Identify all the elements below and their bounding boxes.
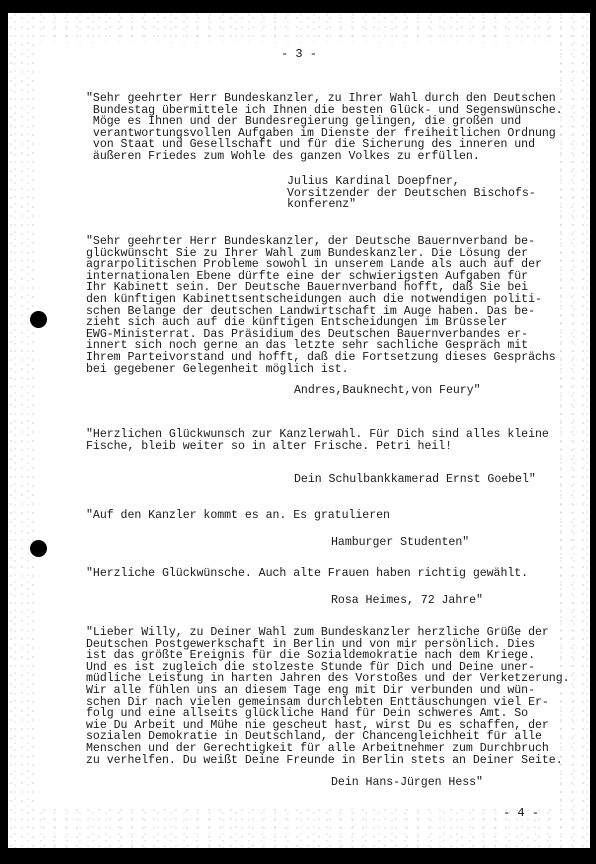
punch-hole-bottom [30,540,47,557]
message-body: "Herzliche Glückwünsche. Auch alte Fraue… [86,568,528,580]
message-signature: Dein Hans-Jürgen Hess" [331,777,483,789]
message-signature: Hamburger Studenten" [331,537,469,549]
page-content: - 3 - "Sehr geehrter Herr Bundeskanzler,… [8,13,590,848]
punch-hole-top [30,311,47,328]
message-signature: Rosa Heimes, 72 Jahre" [331,595,483,607]
message-signature: Andres,Bauknecht,von Feury" [294,385,481,397]
scanned-page: - 3 - "Sehr geehrter Herr Bundeskanzler,… [8,13,590,848]
message-signature: Dein Schulbankkamerad Ernst Goebel" [294,474,536,486]
message-body: "Lieber Willy, zu Deiner Wahl zum Bundes… [86,627,570,766]
message-body: "Sehr geehrter Herr Bundeskanzler, zu Ih… [86,93,563,163]
message-body: "Sehr geehrter Herr Bundeskanzler, der D… [86,236,556,375]
message-body: "Auf den Kanzler kommt es an. Es gratuli… [86,510,390,522]
page-number-bottom: - 4 - [503,806,539,820]
message-body: "Herzlichen Glückwunsch zur Kanzlerwahl.… [86,429,549,452]
message-signature: Julius Kardinal Doepfner, Vorsitzender d… [287,176,536,211]
page-number-top: - 3 - [281,47,317,61]
